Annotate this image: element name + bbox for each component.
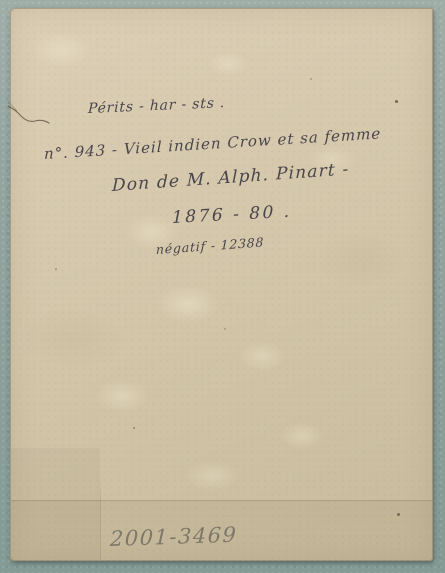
handwritten-line-donor: Don de M. Alph. Pinart - [112,159,350,196]
handwritten-line-negative: négatif - 12388 [156,234,264,257]
seam-vertical [100,478,101,560]
handwritten-line-caption: n°. 943 - Vieil indien Crow et sa femme [44,124,381,163]
photograph-of-archive-card: { "document": { "lines": [ { "text": "Pé… [0,0,445,573]
inventory-number-pencil: 2001-3469 [110,523,238,551]
paper-texture [10,8,433,561]
paper-shade-bottom-left [11,448,100,560]
paper-speck [310,78,312,80]
paper-speck [55,268,57,270]
handwritten-line-title: Périts - har - sts . [88,95,226,117]
document-card: Périts - har - sts . n°. 943 - Vieil ind… [10,8,433,561]
paper-speck [133,427,135,429]
paper-speck [397,513,400,516]
paper-speck [224,328,226,330]
paper-crack [8,92,54,132]
paper-speck [395,100,398,103]
handwritten-line-date: 1876 - 80 . [172,202,292,228]
